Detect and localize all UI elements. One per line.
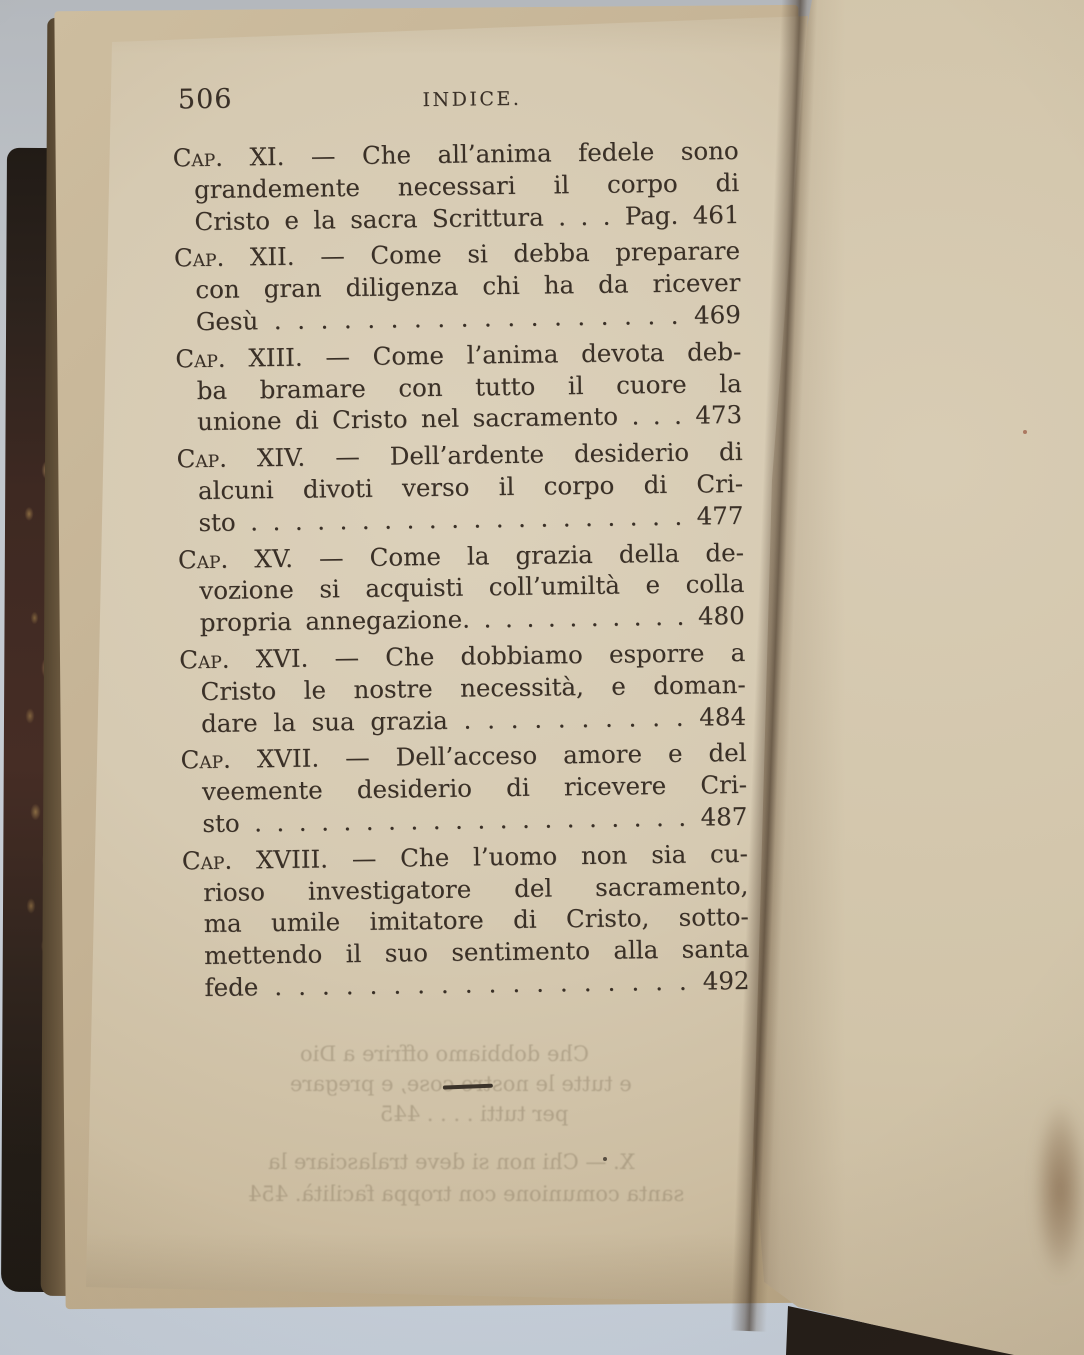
toc-entry-label: Cap. XIII. (175, 342, 303, 373)
toc-line-text: — Come l’anima devota deb- (325, 337, 741, 371)
bleed-through-text: X. — Chi non si deve tralasciare la (268, 1150, 635, 1174)
book-photo: Che dobbiamo offrire a Dio e tutte le no… (0, 0, 1084, 1355)
toc-line: sto . . . . . . . . . . . . . . . . . . … (181, 801, 747, 840)
toc-line: Gesù . . . . . . . . . . . . . . . . . .… (175, 299, 741, 338)
toc-line-text: — Come la grazia della de- (319, 538, 744, 573)
toc-entry: Cap. XIII. — Come l’anima devota deb- ba… (175, 336, 742, 439)
toc-entry-label: Cap. XIV. (176, 443, 305, 474)
toc-line: sto . . . . . . . . . . . . . . . . . . … (177, 500, 743, 539)
index-header: INDICE. (172, 85, 738, 114)
toc-entry: Cap. XVIII. — Che l’uomo non sia cu- rio… (182, 838, 750, 1004)
toc-entry-label: Cap. XV. (178, 543, 293, 574)
toc-line-text: — Dell’acceso amore e del (345, 738, 747, 772)
toc-entry-label: Cap. XVI. (179, 644, 308, 675)
toc-entry: Cap. XV. — Come la grazia della de- vozi… (178, 537, 745, 640)
toc-line-text: — Che all’anima fedele sono (311, 136, 739, 171)
bleed-through-text: santa comunione con troppa facilità. 454 (248, 1182, 684, 1206)
toc-entry-label: Cap. XVII. (180, 744, 319, 775)
toc-line-text: — Che l’uomo non sia cu- (352, 839, 748, 873)
toc-entry: Cap. XI. — Che all’anima fedele sono gra… (172, 135, 739, 238)
toc-entry-label: Cap. XI. (173, 142, 285, 172)
table-of-contents: Cap. XI. — Che all’anima fedele sono gra… (172, 135, 749, 1004)
page-header-row: 506 INDICE. (172, 77, 739, 142)
toc-line-text: — Come si debba preparare (320, 236, 740, 270)
toc-line: unione di Cristo nel sacramento . . . 47… (176, 399, 742, 438)
toc-entry: Cap. XVII. — Dell’acceso amore e del vee… (180, 737, 747, 840)
toc-entry: Cap. XIV. — Dell’ardente desiderio di al… (176, 436, 743, 539)
toc-entry: Cap. XVI. — Che dobbiamo esporre a Crist… (179, 637, 746, 740)
toc-line-text: — Che dobbiamo esporre a (334, 638, 745, 672)
toc-line: dare la sua grazia . . . . . . . . . . 4… (180, 700, 746, 739)
printed-content: 506 INDICE. Cap. XI. — Che all’anima fed… (172, 77, 751, 1092)
toc-line: Cristo e la sacra Scrittura . . . Pag. 4… (173, 199, 739, 238)
toc-entry-label: Cap. XII. (174, 242, 295, 273)
toc-line-text: — Dell’ardente desiderio di (335, 437, 743, 471)
toc-line: propria annegazione. . . . . . . . . . .… (179, 600, 745, 639)
toc-entry: Cap. XII. — Come si debba preparare con … (174, 235, 741, 338)
toc-entry-label: Cap. XVIII. (182, 844, 328, 875)
bleed-through-text: per tutti . . . . 445 (380, 1102, 568, 1126)
toc-line: fede . . . . . . . . . . . . . . . . . .… (183, 965, 749, 1004)
